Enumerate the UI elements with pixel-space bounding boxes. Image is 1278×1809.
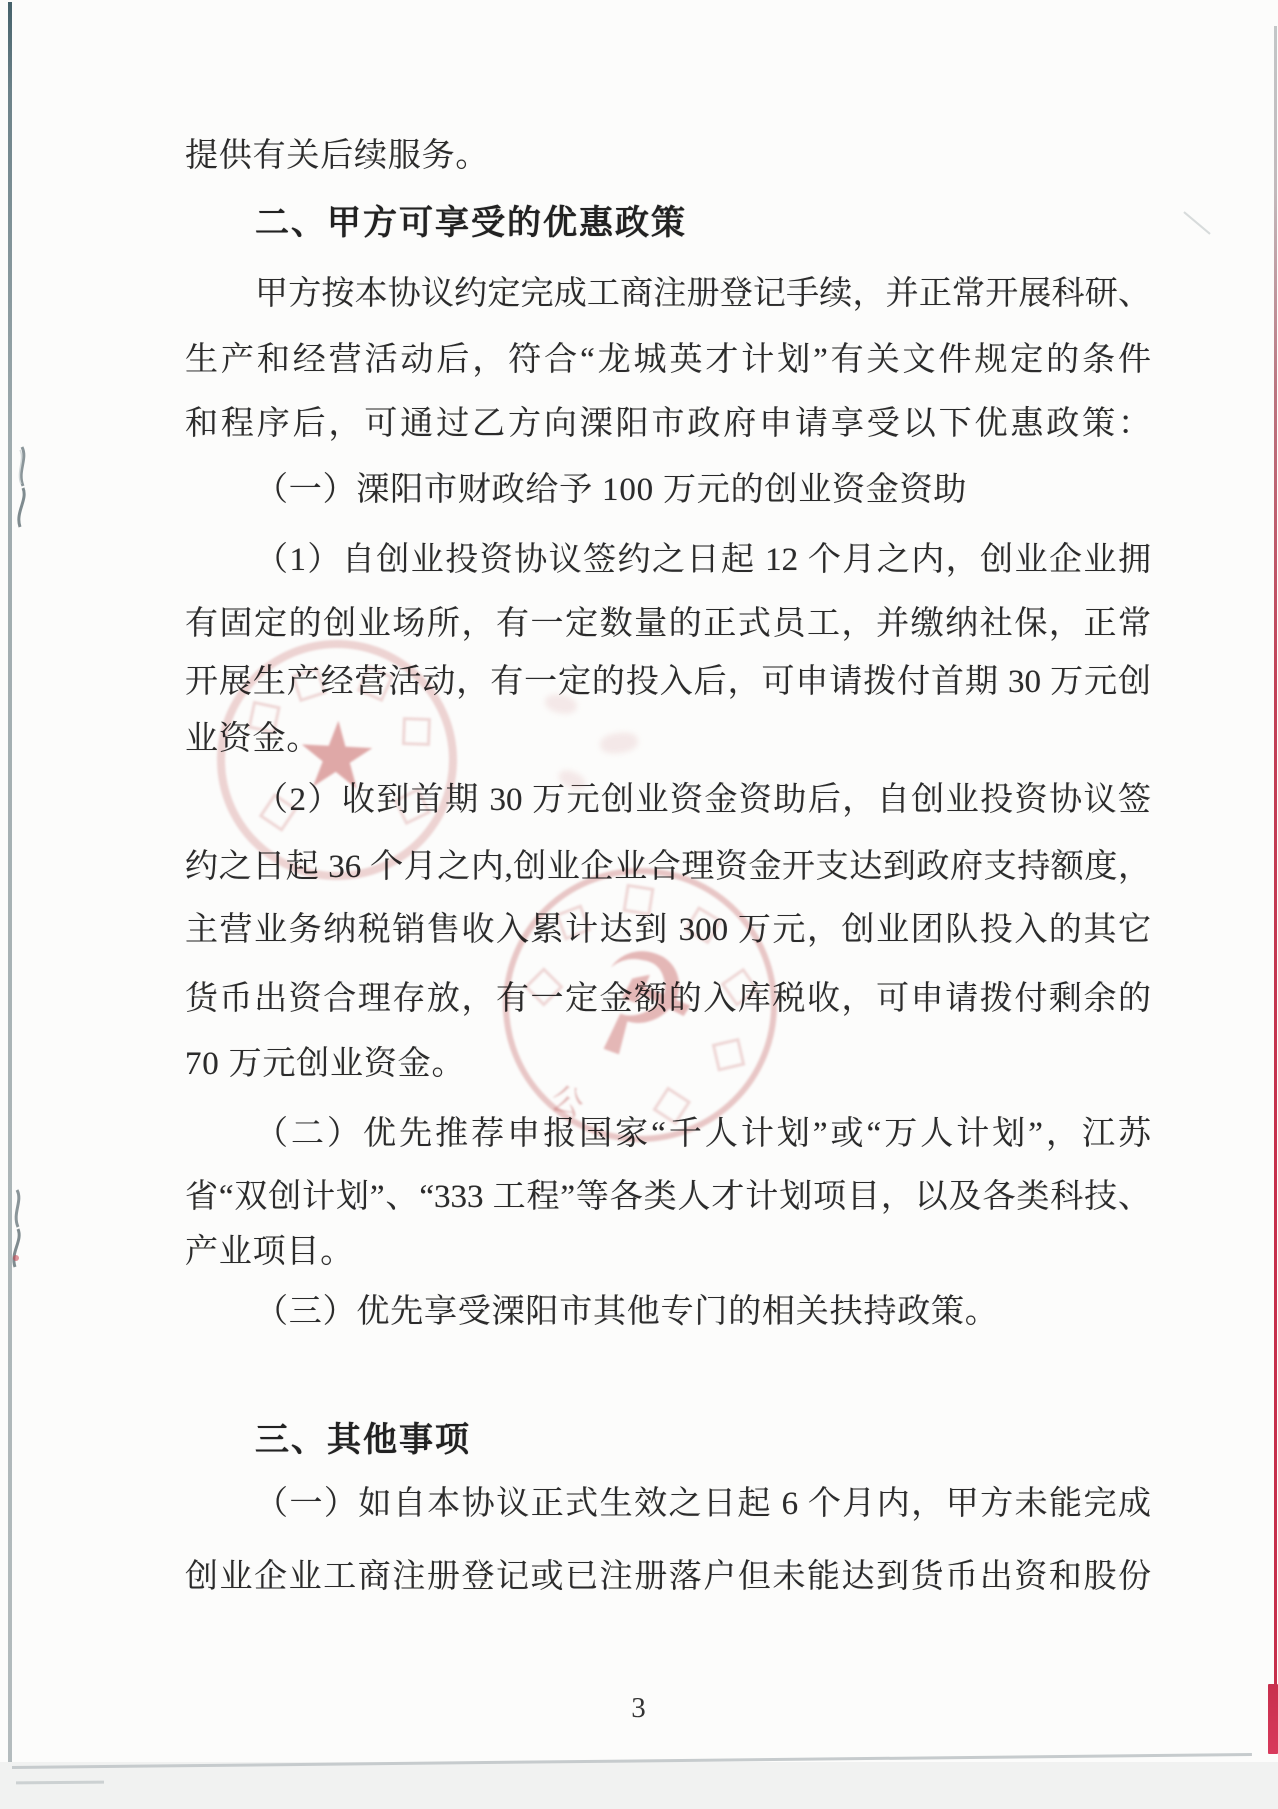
page-number: 3 xyxy=(0,1692,1278,1725)
star-icon: ★ xyxy=(293,700,381,811)
scan-scratch-mark xyxy=(1183,211,1210,234)
text-line: （1）自创业投资协议签约之日起 12 个月之内，创业企业拥 xyxy=(185,540,1151,582)
text-line: （三）优先享受溧阳市其他专门的相关扶持政策。 xyxy=(185,1292,1151,1334)
text-line: 提供有关后续服务。 xyxy=(185,136,1151,178)
text-line: 省“双创计划”、“333 工程”等各类人才计划项目，以及各类科技、 xyxy=(185,1177,1151,1219)
seal-mark xyxy=(402,717,431,746)
text-line: 和程序后，可通过乙方向溧阳市政府申请享受以下优惠政策： xyxy=(185,404,1151,446)
seal-mark xyxy=(622,884,654,916)
text-line: 创业企业工商注册登记或已注册落户但未能达到货币出资和股份 xyxy=(185,1557,1151,1599)
text-line: 甲方按本协议约定完成工商注册登记手续，并正常开展科研、 xyxy=(185,274,1151,316)
text-line: 生产和经营活动后，符合“龙城英才计划”有关文件规定的条件 xyxy=(185,340,1151,382)
section-heading-3: 三、其他事项 xyxy=(185,1420,1151,1462)
seal-mark xyxy=(248,701,281,734)
binding-staple-top xyxy=(9,444,33,530)
text-line: （一）溧阳市财政给予 100 万元的创业资金资助 xyxy=(185,470,1151,512)
scanner-background-band xyxy=(0,1762,1278,1809)
page-left-edge-line xyxy=(8,2,12,1770)
binding-staple-bottom xyxy=(5,1188,29,1270)
scanned-document-page: 提供有关后续服务。 二、甲方可享受的优惠政策 甲方按本协议约定完成工商注册登记手… xyxy=(0,0,1278,1809)
page-right-edge-line xyxy=(1274,26,1277,1686)
text-line: 产业项目。 xyxy=(185,1232,1151,1274)
red-seal-stamp-star: ★ xyxy=(205,628,469,892)
text-line: （一）如自本协议正式生效之日起 6 个月内，甲方未能完成 xyxy=(185,1484,1151,1526)
section-heading-2: 二、甲方可享受的优惠政策 xyxy=(185,203,1151,245)
red-seal-stamp-emblem: ☭ 公 xyxy=(496,861,784,1149)
